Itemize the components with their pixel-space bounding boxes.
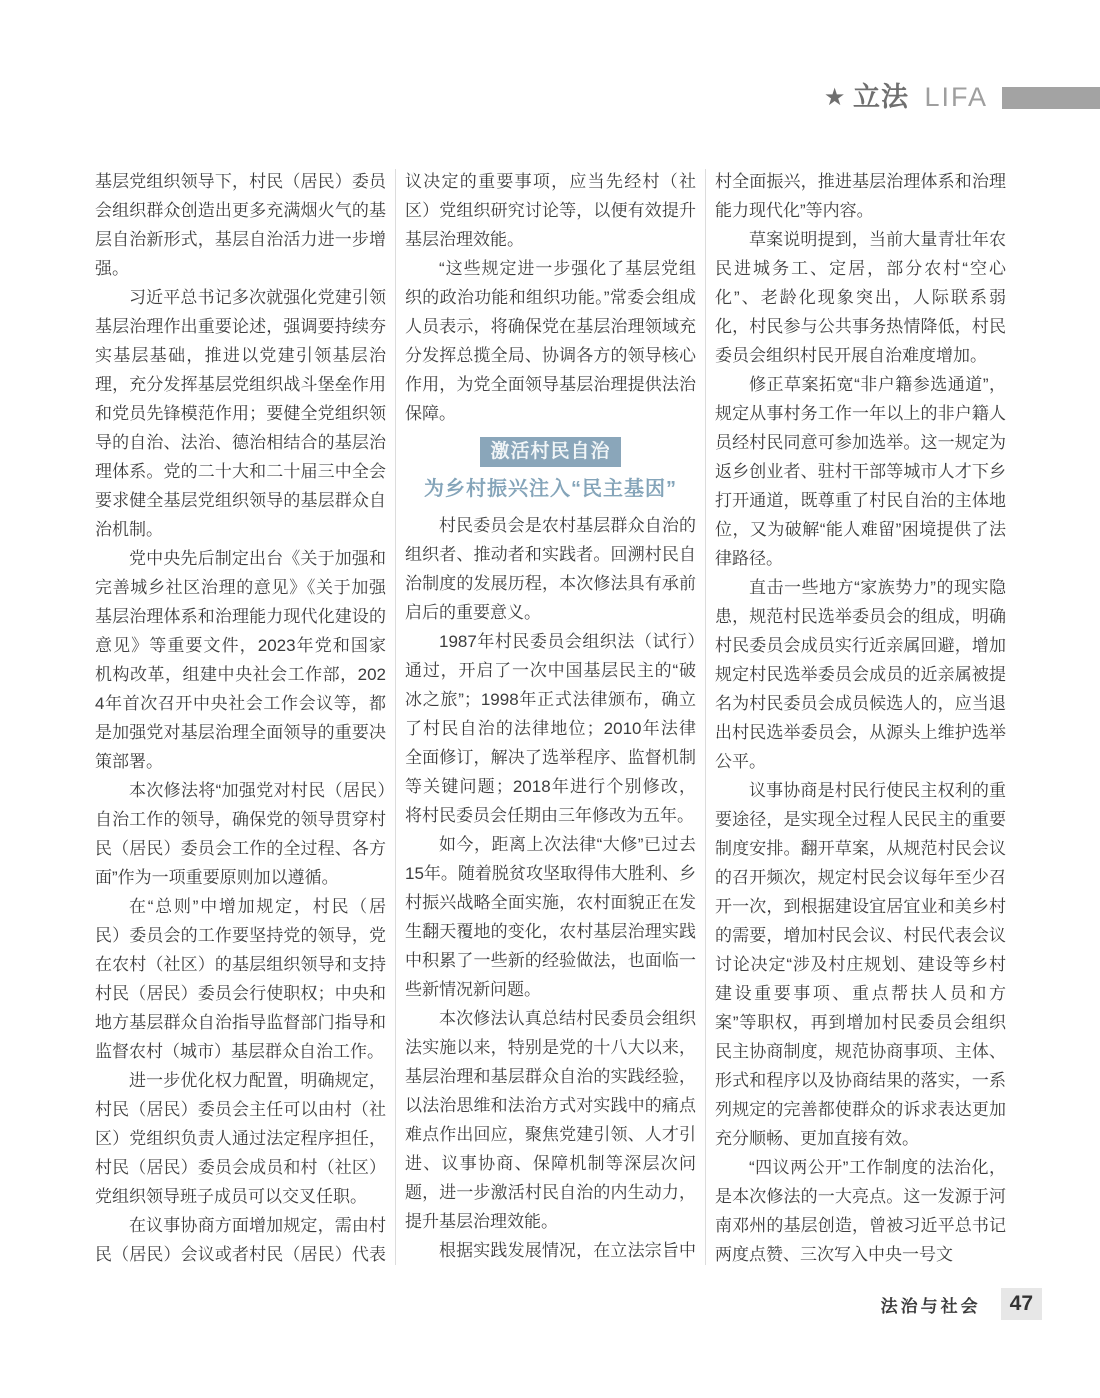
paragraph: 基层党组织领导下，村民（居民）委员会组织群众创造出更多充满烟火气的基层自治新形式… <box>95 167 386 283</box>
paragraph: 修正草案拓宽“非户籍参选通道”，规定从事村务工作一年以上的非户籍人员经村民同意可… <box>715 370 1006 573</box>
page-header: ★ 立法 LIFA <box>0 82 1100 114</box>
paragraph: 草案说明提到，当前大量青壮年农民进城务工、定居，部分农村“空心化”、老龄化现象突… <box>715 225 1006 370</box>
paragraph: 本次修法将“加强党对村民（居民）自治工作的领导，确保党的领导贯穿村民（居民）委员… <box>95 776 386 892</box>
paragraph: “这些规定进一步强化了基层党组织的政治功能和组织功能。”常委会组成人员表示，将确… <box>405 254 696 428</box>
section-subheading: 为乡村振兴注入“民主基因” <box>405 474 696 504</box>
magazine-name: 法治与社会 <box>881 1292 981 1317</box>
paragraph: 如今，距离上次法律“大修”已过去15年。随着脱贫攻坚取得伟大胜利、乡村振兴战略全… <box>405 830 696 1004</box>
section-heading: 激活村民自治 为乡村振兴注入“民主基因” <box>405 437 696 504</box>
header-bar <box>1002 87 1100 109</box>
paragraph: “四议两公开”工作制度的法治化，是本次修法的一大亮点。这一发源于河南邓州的基层创… <box>715 1153 1006 1269</box>
paragraph: 1987年村民委员会组织法（试行）通过，开启了一次中国基层民主的“破冰之旅”；1… <box>405 627 696 830</box>
paragraph: 村民委员会是农村基层群众自治的组织者、推动者和实践者。回溯村民自治制度的发展历程… <box>405 511 696 627</box>
magazine-page: ★ 立法 LIFA 基层党组织领导下，村民（居民）委员会组织群众创造出更多充满烟… <box>0 0 1100 1398</box>
page-number: 47 <box>1001 1288 1042 1320</box>
article-body: 基层党组织领导下，村民（居民）委员会组织群众创造出更多充满烟火气的基层自治新形式… <box>95 167 1009 1269</box>
paragraph: 议事协商是村民行使民主权利的重要途径，是实现全过程人民民主的重要制度安排。翻开草… <box>715 776 1006 1153</box>
paragraph: 根据实践发展情况，在立法宗旨中增加“健全基层群众自治制度”“促进乡 <box>405 1236 696 1269</box>
header-text: ★ 立法 LIFA <box>824 82 988 113</box>
paragraph: 村全面振兴，推进基层治理体系和治理能力现代化”等内容。 <box>715 167 1006 225</box>
column-divider <box>395 169 396 1265</box>
paragraph: 习近平总书记多次就强化党建引领基层治理作出重要论述，强调要持续夯实基层基础，推进… <box>95 283 386 544</box>
text-column-2: 议决定的重要事项，应当先经村（社区）党组织研究讨论等，以便有效提升基层治理效能。… <box>405 167 696 1269</box>
paragraph: 议决定的重要事项，应当先经村（社区）党组织研究讨论等，以便有效提升基层治理效能。 <box>405 167 696 254</box>
text-column-3: 村全面振兴，推进基层治理体系和治理能力现代化”等内容。 草案说明提到，当前大量青… <box>715 167 1006 1269</box>
header-section-pinyin: LIFA <box>924 82 988 112</box>
paragraph: 本次修法认真总结村民委员会组织法实施以来，特别是党的十八大以来，基层治理和基层群… <box>405 1004 696 1236</box>
paragraph: 直击一些地方“家族势力”的现实隐患，规范村民选举委员会的组成，明确村民委员会成员… <box>715 573 1006 776</box>
paragraph: 党中央先后制定出台《关于加强和完善城乡社区治理的意见》《关于加强基层治理体系和治… <box>95 544 386 776</box>
star-icon: ★ <box>824 84 846 111</box>
paragraph: 在议事协商方面增加规定，需由村民（居民）会议或者村民（居民）代表会 <box>95 1211 386 1269</box>
text-column-1: 基层党组织领导下，村民（居民）委员会组织群众创造出更多充满烟火气的基层自治新形式… <box>95 167 386 1269</box>
section-heading-band: 激活村民自治 <box>480 437 620 467</box>
header-section-title: 立法 <box>853 82 909 112</box>
page-footer: 法治与社会 47 <box>881 1288 1042 1320</box>
column-divider <box>705 169 706 1265</box>
paragraph: 进一步优化权力配置，明确规定，村民（居民）委员会主任可以由村（社区）党组织负责人… <box>95 1066 386 1211</box>
paragraph: 在“总则”中增加规定，村民（居民）委员会的工作要坚持党的领导，党在农村（社区）的… <box>95 892 386 1066</box>
